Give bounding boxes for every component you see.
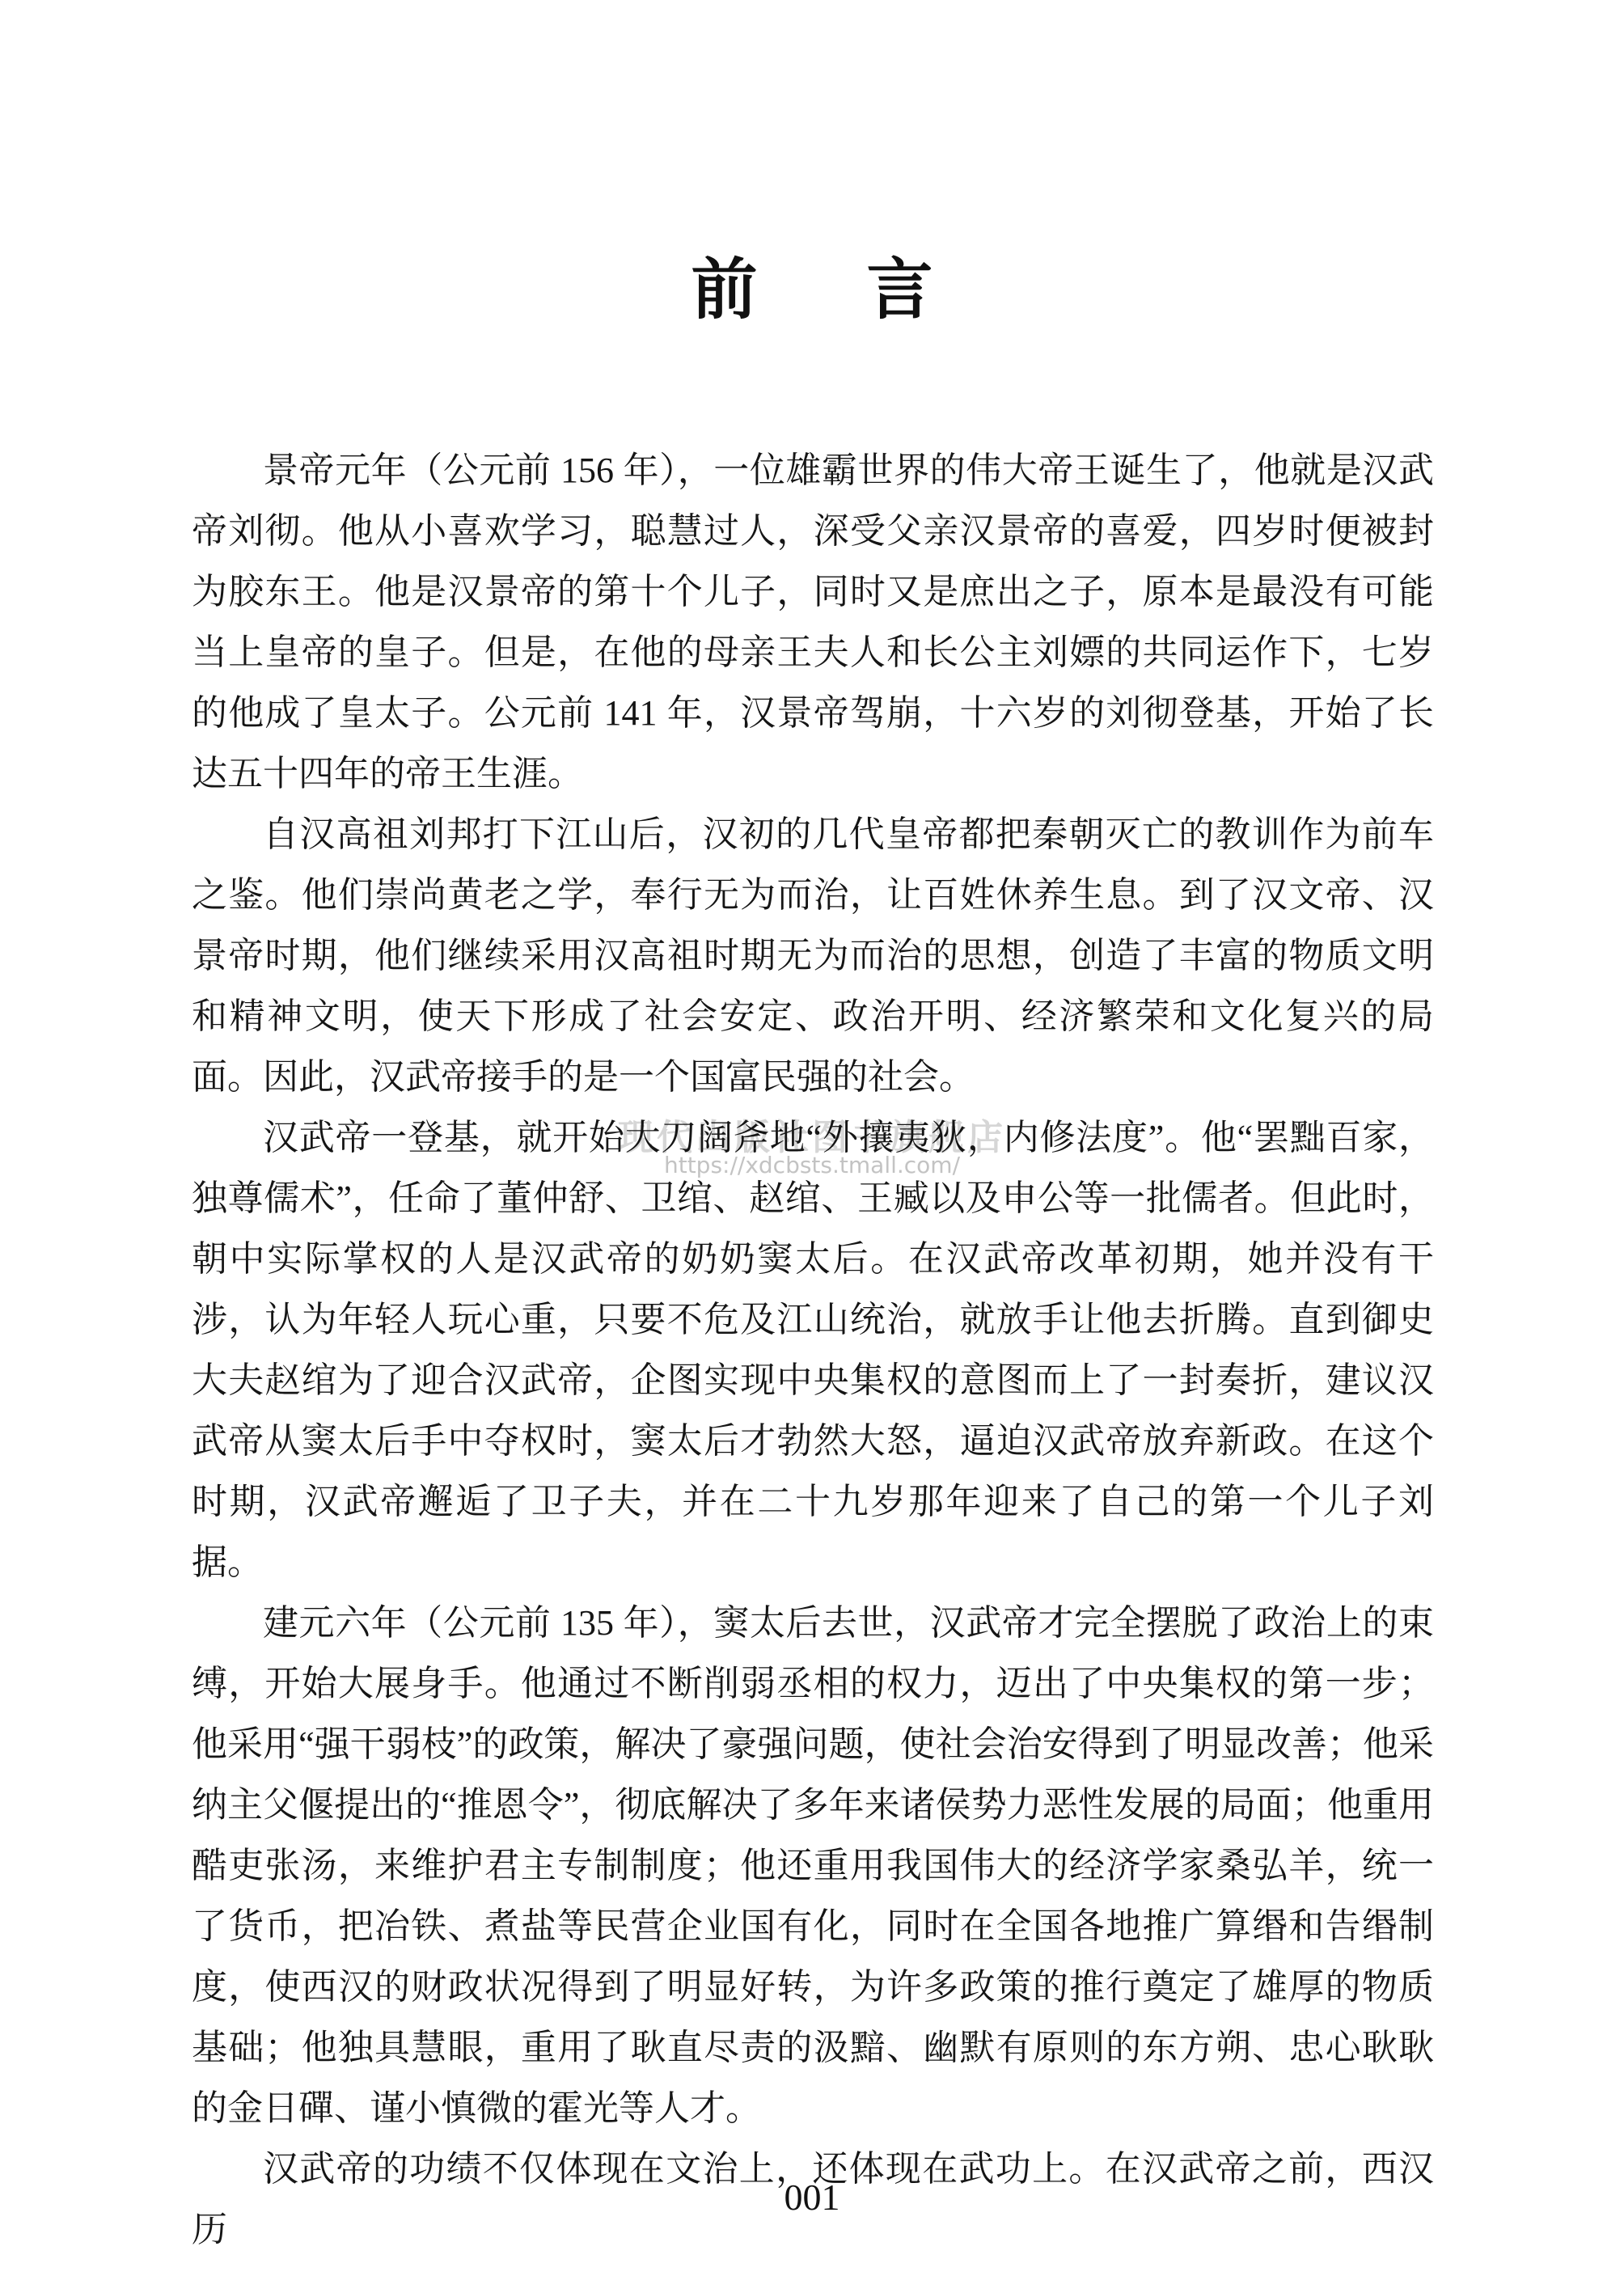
page-number: 001 <box>0 2177 1624 2218</box>
title-char-1: 前 <box>691 257 757 324</box>
paragraph: 建元六年（公元前 135 年），窦太后去世，汉武帝才完全摆脱了政治上的束缚，开始… <box>192 1593 1434 2139</box>
preface-body: 景帝元年（公元前 156 年），一位雄霸世界的伟大帝王诞生了，他就是汉武帝刘彻。… <box>192 440 1434 2260</box>
paragraph: 自汉高祖刘邦打下江山后，汉初的几代皇帝都把秦朝灭亡的教训作为前车之鉴。他们崇尚黄… <box>192 804 1434 1107</box>
book-page: 前 言 现代出版社图书旗舰店 https://xdcbsts.tmall.com… <box>0 0 1624 2293</box>
paragraph: 汉武帝一登基，就开始大刀阔斧地“外攘夷狄，内修法度”。他“罢黜百家，独尊儒术”，… <box>192 1107 1434 1593</box>
title-char-2: 言 <box>867 257 933 324</box>
paragraph: 景帝元年（公元前 156 年），一位雄霸世界的伟大帝王诞生了，他就是汉武帝刘彻。… <box>192 440 1434 804</box>
page-title: 前 言 <box>0 257 1624 324</box>
